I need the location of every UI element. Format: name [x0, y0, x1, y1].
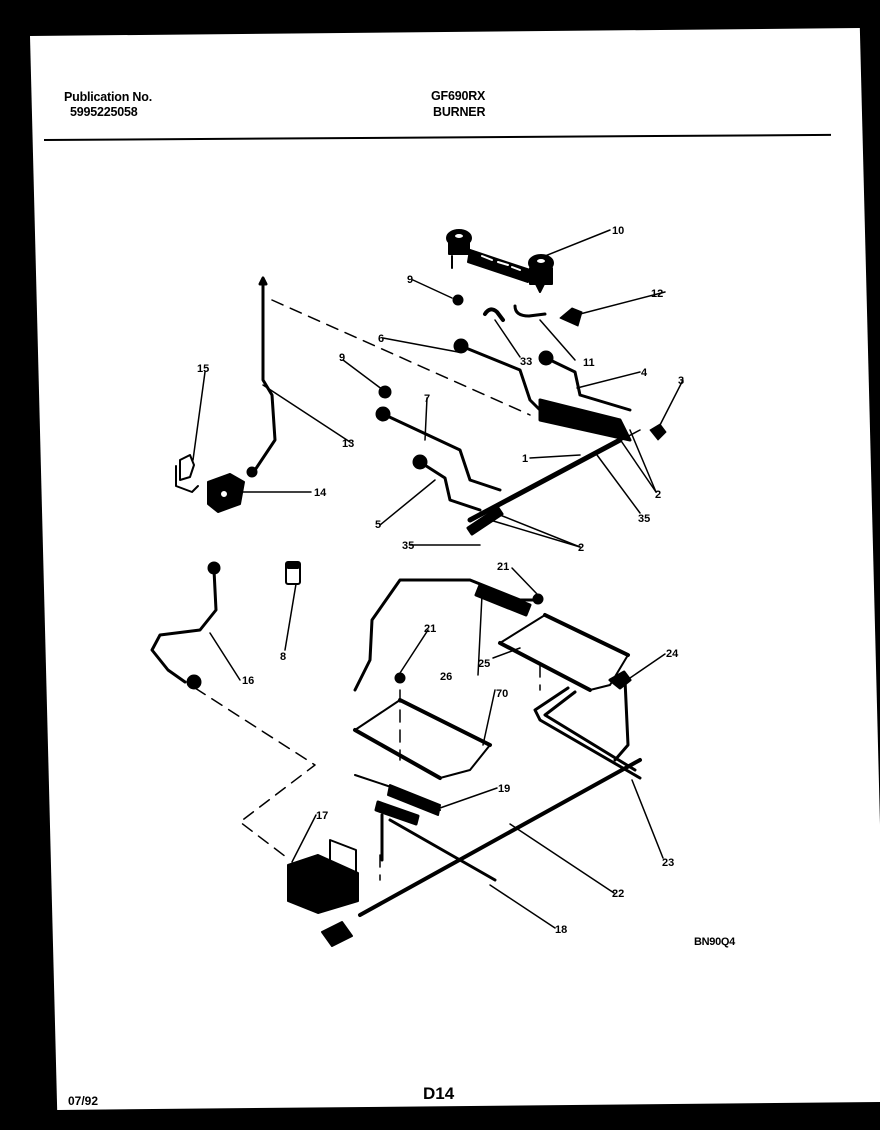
callout-11: 11 [583, 357, 595, 369]
page-number: D14 [423, 1084, 454, 1104]
callout-9: 9 [407, 274, 413, 286]
callout-16: 16 [242, 675, 254, 687]
callout-70: 70 [496, 688, 508, 700]
callout-5: 5 [375, 519, 381, 531]
upper-gas-tubes [377, 340, 640, 534]
callout-12: 12 [651, 288, 663, 300]
parts-diagram: 10 9 12 6 33 11 9 4 3 15 7 13 1 2 14 5 3… [0, 0, 880, 1130]
valve-17 [288, 840, 358, 946]
tube-16 [152, 563, 219, 688]
callout-17: 17 [316, 810, 328, 822]
drawing-code: BN90Q4 [694, 936, 735, 948]
callout-21b: 21 [424, 623, 436, 635]
callout-35b: 35 [638, 513, 650, 525]
callout-10: 10 [612, 225, 624, 237]
callout-13: 13 [342, 438, 354, 450]
tube-11 [515, 306, 545, 316]
callout-33: 33 [520, 356, 532, 368]
left-tube-13 [248, 278, 275, 476]
baffle-25 [500, 615, 628, 690]
callout-14: 14 [314, 487, 327, 499]
callout-7: 7 [424, 393, 430, 405]
callout-4: 4 [641, 367, 648, 379]
callout-1: 1 [522, 453, 528, 465]
callout-6: 6 [378, 333, 384, 345]
bracket-15 [176, 455, 198, 492]
knob-3 [650, 424, 666, 440]
orifice-9 [453, 295, 463, 305]
top-burner-assembly [447, 230, 553, 292]
part-8 [286, 562, 300, 584]
callout-22: 22 [612, 888, 624, 900]
callout-23: 23 [662, 857, 674, 869]
bracket-12 [560, 308, 582, 326]
callout-15: 15 [197, 363, 209, 375]
footer-date: 07/92 [68, 1094, 98, 1108]
callout-21a: 21 [497, 561, 509, 573]
callout-18: 18 [555, 924, 567, 936]
screw-21a [533, 594, 543, 604]
callout-2: 2 [655, 489, 661, 501]
callout-19: 19 [498, 783, 510, 795]
clip-33 [485, 309, 503, 320]
callout-2b: 2 [578, 542, 584, 554]
callout-8: 8 [280, 651, 286, 663]
callout-25: 25 [478, 658, 490, 670]
callout-26: 26 [440, 671, 452, 683]
callout-24: 24 [666, 648, 679, 660]
page: Publication No. 5995225058 GF690RX BURNE… [0, 0, 880, 1130]
callout-3: 3 [678, 375, 684, 387]
baffle-70 [355, 700, 490, 778]
callout-35a: 35 [402, 540, 414, 552]
screw-21b [395, 673, 405, 683]
valve-14 [208, 474, 244, 512]
callout-9b: 9 [339, 352, 345, 364]
